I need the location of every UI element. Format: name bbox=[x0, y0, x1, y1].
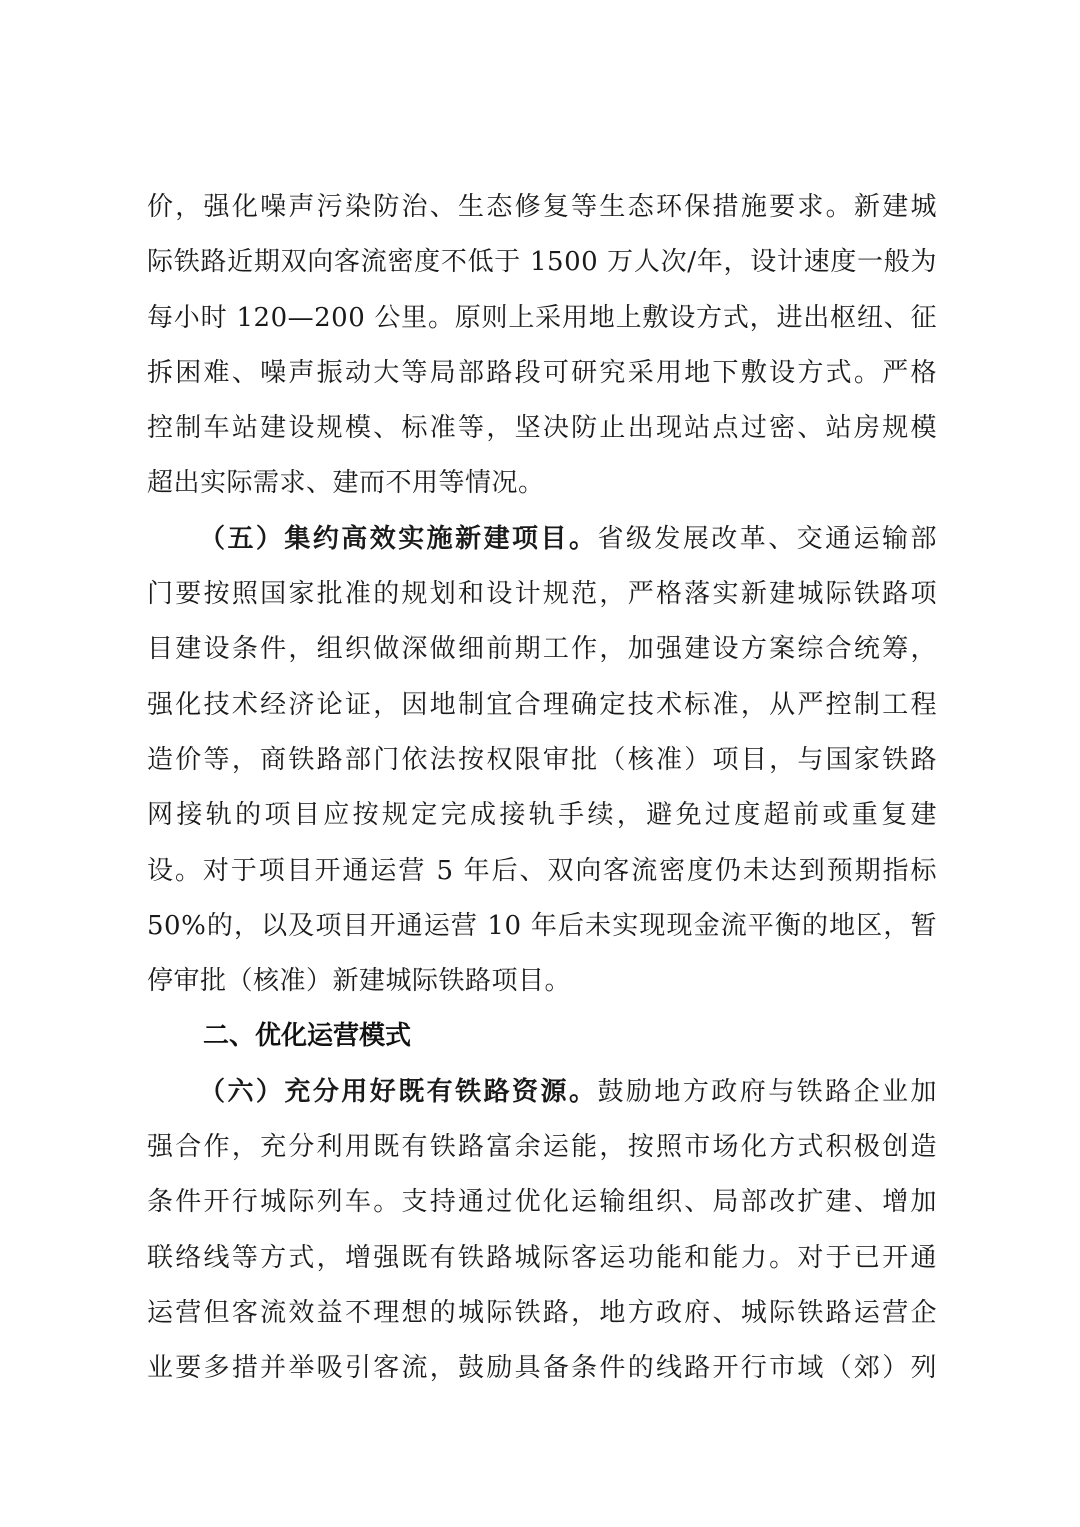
text-line: 强合作，充分利用既有铁路富余运能，按照市场化方式积极创造 bbox=[147, 1120, 937, 1175]
section-heading: 二、优化运营模式 bbox=[147, 1009, 937, 1064]
text-line: 网接轨的项目应按规定完成接轨手续，避免过度超前或重复建 bbox=[147, 788, 937, 843]
text-line: 造价等，商铁路部门依法按权限审批（核准）项目，与国家铁路 bbox=[147, 733, 937, 788]
paragraph-section-6: （六）充分用好既有铁路资源。鼓励地方政府与铁路企业加 强合作，充分利用既有铁路富… bbox=[147, 1065, 937, 1397]
text-line: 设。对于项目开通运营 5 年后、双向客流密度仍未达到预期指标 bbox=[147, 844, 937, 899]
paragraph-section-5: （五）集约高效实施新建项目。省级发展改革、交通运输部 门要按照国家批准的规划和设… bbox=[147, 512, 937, 1010]
text-line: （六）充分用好既有铁路资源。鼓励地方政府与铁路企业加 bbox=[147, 1065, 937, 1120]
text-line: 强化技术经济论证，因地制宜合理确定技术标准，从严控制工程 bbox=[147, 678, 937, 733]
text-line: 控制车站建设规模、标准等，坚决防止出现站点过密、站房规模 bbox=[147, 401, 937, 456]
text-line: 停审批（核准）新建城际铁路项目。 bbox=[147, 954, 937, 1009]
document-page: 价，强化噪声污染防治、生态修复等生态环保措施要求。新建城 际铁路近期双向客流密度… bbox=[147, 180, 937, 1397]
text-line: 业要多措并举吸引客流，鼓励具备条件的线路开行市域（郊）列 bbox=[147, 1341, 937, 1396]
text-line: 条件开行城际列车。支持通过优化运输组织、局部改扩建、增加 bbox=[147, 1175, 937, 1230]
text-line: 价，强化噪声污染防治、生态修复等生态环保措施要求。新建城 bbox=[147, 180, 937, 235]
text-line: 50%的，以及项目开通运营 10 年后未实现现金流平衡的地区，暂 bbox=[147, 899, 937, 954]
text-line: 拆困难、噪声振动大等局部路段可研究采用地下敷设方式。严格 bbox=[147, 346, 937, 401]
text-line: 联络线等方式，增强既有铁路城际客运功能和能力。对于已开通 bbox=[147, 1231, 937, 1286]
text-line: 超出实际需求、建而不用等情况。 bbox=[147, 456, 937, 511]
clause-text: 省级发展改革、交通运输部 bbox=[597, 524, 937, 554]
clause-title: （五）集约高效实施新建项目。 bbox=[199, 524, 597, 554]
text-line: 运营但客流效益不理想的城际铁路，地方政府、城际铁路运营企 bbox=[147, 1286, 937, 1341]
text-line: 每小时 120—200 公里。原则上采用地上敷设方式，进出枢纽、征 bbox=[147, 291, 937, 346]
text-line: 门要按照国家批准的规划和设计规范，严格落实新建城际铁路项 bbox=[147, 567, 937, 622]
text-line: （五）集约高效实施新建项目。省级发展改革、交通运输部 bbox=[147, 512, 937, 567]
paragraph-eco-requirements: 价，强化噪声污染防治、生态修复等生态环保措施要求。新建城 际铁路近期双向客流密度… bbox=[147, 180, 937, 512]
clause-text: 鼓励地方政府与铁路企业加 bbox=[597, 1077, 937, 1107]
text-line: 目建设条件，组织做深做细前期工作，加强建设方案综合统筹， bbox=[147, 622, 937, 677]
text-line: 际铁路近期双向客流密度不低于 1500 万人次/年，设计速度一般为 bbox=[147, 235, 937, 290]
clause-title: （六）充分用好既有铁路资源。 bbox=[199, 1077, 597, 1107]
